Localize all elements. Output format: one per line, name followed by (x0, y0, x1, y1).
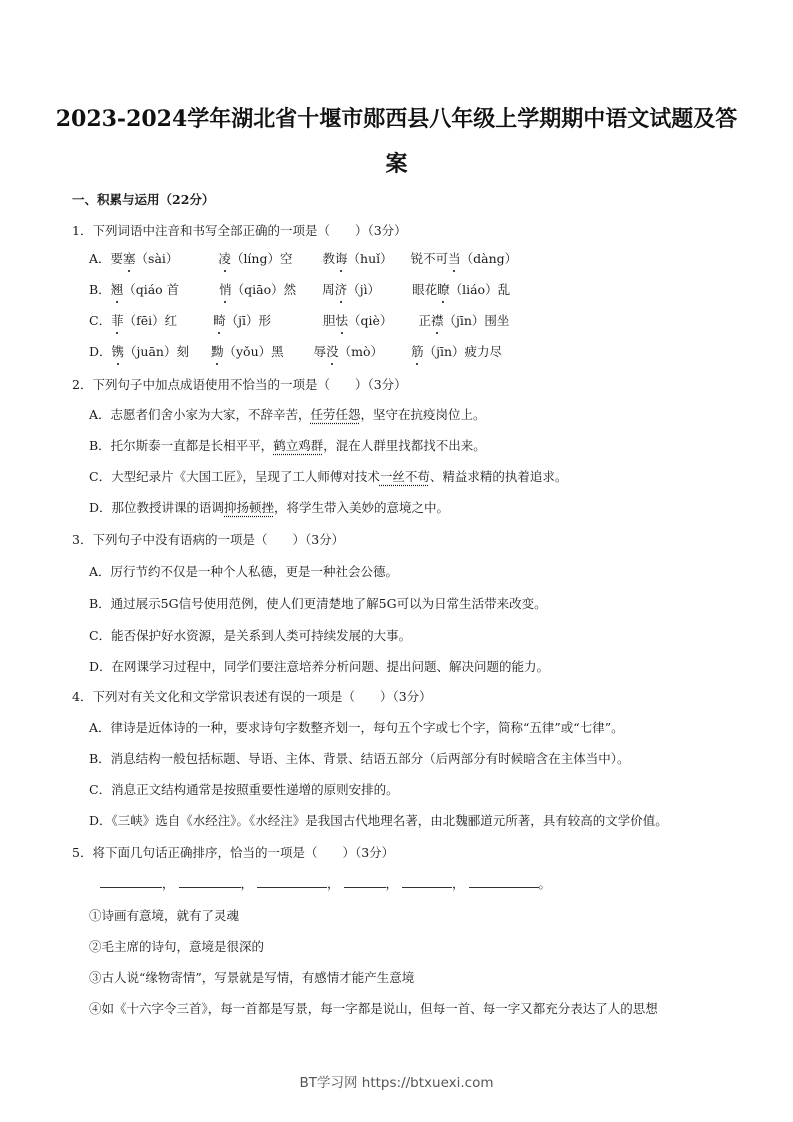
document-title: 2023-2024学年湖北省十堰市郧西县八年级上学期期中语文试题及答 (0, 102, 793, 133)
question-4-option-a: A．律诗是近体诗的一种，要求诗句字数整齐划一，每句五个字或七个字，简称“五律”或… (89, 718, 624, 736)
dotted-idiom: 鹤立鸡群 (273, 438, 323, 453)
question-4-option-d: D．《三峡》选自《水经注》。《水经注》是我国古代地理名著，由北魏郦道元所著，具有… (89, 811, 668, 829)
question-1-stem: 1．下列词语中注音和书写全部正确的一项是（ ）（3分） (72, 221, 407, 239)
text: （yǒu）黑 (224, 344, 284, 359)
dotted-char: 襟 (431, 311, 444, 329)
text: （sài） (136, 251, 179, 266)
section-heading: 一、积累与运用（22分） (72, 190, 214, 208)
text: 教 (323, 251, 336, 266)
dotted-char: 当 (448, 249, 461, 267)
dotted-idiom: 任劳任怨 (311, 407, 361, 422)
text: （jī）形 (226, 313, 271, 328)
answer-blank[interactable] (469, 877, 539, 888)
question-3-option-b: B．通过展示5G信号使用范例，使人们更清楚地了解5G可以为日常生活带来改变。 (89, 594, 547, 612)
question-1-option-c: C．菲（fēi）红畸（jī）形胆怯（qiè）正襟（jīn）围坐 (89, 311, 509, 329)
text: （huǐ） (348, 251, 393, 266)
dotted-char: 黝 (211, 342, 224, 360)
dotted-idiom: 一丝不苟 (380, 469, 430, 484)
question-5-item-4: ④如《十六字令三首》，每一首都是写景，每一字都是说山，但每一首、每一字又都充分表… (89, 999, 658, 1017)
question-3-stem: 3．下列句子中没有语病的一项是（ ）（3分） (72, 530, 344, 548)
answer-blank[interactable] (402, 877, 452, 888)
text: 眼花 (412, 282, 437, 297)
text: （fēi）红 (124, 313, 178, 328)
text: 周 (322, 282, 335, 297)
text: （qiáo 首 (123, 282, 179, 297)
answer-blank[interactable] (257, 877, 327, 888)
separator: ， (162, 876, 175, 891)
dotted-char: 镌 (112, 342, 125, 360)
text: （qiè） (348, 313, 392, 328)
text: A．志愿者们舍小家为大家，不辞辛苦， (89, 407, 311, 422)
text: （qiāo）然 (232, 282, 296, 297)
text: （juān）刻 (124, 344, 189, 359)
text: D． (89, 344, 112, 359)
question-5-item-2: ②毛主席的诗句，意境是很深的 (89, 937, 264, 955)
dotted-char: 瞭 (437, 280, 450, 298)
answer-blank[interactable] (179, 877, 241, 888)
text: （liáo）乱 (450, 282, 510, 297)
answer-blank[interactable] (344, 877, 386, 888)
question-5-stem: 5．将下面几句话正确排序，恰当的一项是（ ）（3分） (72, 843, 394, 861)
text: （líng）空 (231, 251, 293, 266)
text: 、精益求精的执着追求。 (430, 469, 568, 484)
dotted-char: 塞 (123, 249, 136, 267)
dotted-char: 悄 (219, 280, 232, 298)
text: （dàng） (461, 251, 518, 266)
question-5-answer-blanks: ， ， ， ， ， 。 (100, 874, 551, 892)
dotted-char: 凌 (218, 249, 231, 267)
question-3-option-c: C．能否保护好水资源，是关系到人类可持续发展的大事。 (89, 626, 411, 644)
question-3-option-a: A．厉行节约不仅是一种个人私德，更是一种社会公德。 (89, 562, 398, 580)
question-2-option-d: D．那位教授讲课的语调抑扬顿挫，将学生带入美妙的意境之中。 (89, 498, 449, 516)
footer-watermark: BT学习网 https://btxuexi.com (0, 1071, 793, 1091)
text: 胆 (323, 313, 336, 328)
dotted-char: 济 (335, 280, 348, 298)
question-2-option-c: C．大型纪录片《大国工匠》，呈现了工人师傅对技术一丝不苟、精益求精的执着追求。 (89, 467, 567, 485)
question-1-option-b: B．翘（qiáo 首悄（qiāo）然周济（jì）眼花瞭（liáo）乱 (89, 280, 510, 298)
document-title-continued: 案 (0, 147, 793, 178)
dotted-char: 没 (326, 342, 339, 360)
dotted-char: 畸 (213, 311, 226, 329)
question-4-stem: 4．下列对有关文化和文学常识表述有误的一项是（ ）（3分） (72, 687, 432, 705)
question-5-item-3: ③古人说“缘物寄情”，写景就是写情，有感情才能产生意境 (89, 968, 414, 986)
dotted-char: 菲 (111, 311, 124, 329)
question-1-option-a: A．要塞（sài）凌（líng）空教诲（huǐ）锐不可当（dàng） (89, 249, 517, 267)
text: D．那位教授讲课的语调 (89, 500, 224, 515)
question-2-option-b: B．托尔斯泰一直都是长相平平，鹤立鸡群，混在人群里找都找不出来。 (89, 436, 486, 454)
text: （mò） (339, 344, 383, 359)
text: 正 (418, 313, 431, 328)
text: C． (89, 313, 111, 328)
answer-blank[interactable] (100, 877, 162, 888)
text: ，坚守在抗疫岗位上。 (361, 407, 486, 422)
dotted-idiom: 抑扬顿挫 (224, 500, 274, 515)
separator: 。 (539, 876, 552, 891)
text: 辱 (314, 344, 327, 359)
text: ，将学生带入美妙的意境之中。 (274, 500, 449, 515)
question-5-item-1: ①诗画有意境，就有了灵魂 (89, 906, 239, 924)
question-4-option-b: B．消息结构一般包括标题、导语、主体、背景、结语五部分（后两部分有时候暗含在主体… (89, 749, 629, 767)
text: （jīn）疲力尽 (424, 344, 502, 359)
text: A．要 (89, 251, 123, 266)
question-1-option-d: D．镌（juān）刻黝（yǒu）黑辱没（mò）筋（jīn）疲力尽 (89, 342, 502, 360)
question-2-stem: 2．下列句子中加点成语使用不恰当的一项是（ ）（3分） (72, 375, 407, 393)
text: 锐不可 (411, 251, 449, 266)
dotted-char: 怯 (336, 311, 349, 329)
separator: ， (327, 876, 340, 891)
text: B． (89, 282, 111, 297)
text: B．托尔斯泰一直都是长相平平， (89, 438, 273, 453)
separator: ， (241, 876, 254, 891)
text: ，混在人群里找都找不出来。 (323, 438, 486, 453)
separator: ， (386, 876, 399, 891)
text: （jì） (347, 282, 380, 297)
dotted-char: 筋 (411, 342, 424, 360)
dotted-char: 诲 (335, 249, 348, 267)
question-3-option-d: D．在网课学习过程中，同学们要注意培养分析问题、提出问题、解决问题的能力。 (89, 657, 549, 675)
separator: ， (452, 876, 465, 891)
dotted-char: 翘 (111, 280, 124, 298)
question-2-option-a: A．志愿者们舍小家为大家，不辞辛苦，任劳任怨，坚守在抗疫岗位上。 (89, 405, 486, 423)
text: C．大型纪录片《大国工匠》，呈现了工人师傅对技术 (89, 469, 380, 484)
question-4-option-c: C．消息正文结构通常是按照重要性递增的原则安排的。 (89, 780, 399, 798)
text: （jīn）围坐 (443, 313, 509, 328)
